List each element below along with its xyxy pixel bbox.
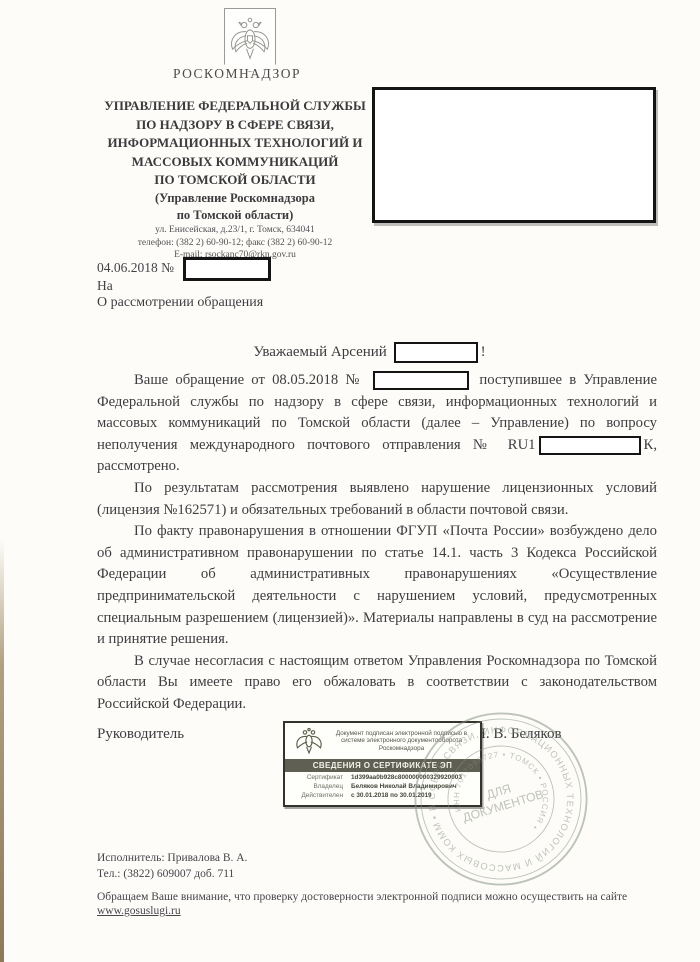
- appeal-number-redaction-box: [373, 371, 469, 390]
- gosuslugi-link[interactable]: www.gosuslugi.ru: [97, 905, 181, 917]
- e-signature-stamp: Документ подписан электронной подписью в…: [283, 721, 482, 807]
- agency-name: РОСКОМНАДЗОР: [137, 66, 337, 82]
- recipient-redaction-box: [372, 87, 656, 223]
- executor-name: Исполнитель: Привалова В. А.: [97, 850, 247, 866]
- letterhead-title: УПРАВЛЕНИЕ ФЕДЕРАЛЬНОЙ СЛУЖБЫ ПО НАДЗОРУ…: [70, 97, 400, 190]
- paragraph-1: Ваше обращение от 08.05.2018 № поступивш…: [97, 370, 657, 478]
- letterhead-address: ул. Енисейская, д.23/1, г. Томск, 634041: [70, 224, 400, 237]
- tracking-number-redaction-box: [539, 436, 641, 455]
- certificate-row: Сертификат 1d399aa0b928c8000000003299200…: [291, 774, 474, 783]
- paragraph-4: В случае несогласия с настоящим ответом …: [97, 651, 657, 716]
- stamp-center-line1: ДЛЯ: [485, 781, 513, 802]
- certificate-details: Сертификат 1d399aa0b928c8000000003299200…: [285, 772, 480, 800]
- executor-block: Исполнитель: Привалова В. А. Тел.: (3822…: [97, 850, 247, 882]
- date-number-line: 04.06.2018 №: [97, 260, 174, 276]
- letterhead-subtitle: (Управление Роскомнадзора по Томской обл…: [70, 190, 400, 224]
- certificate-row: Действителен с 30.01.2018 по 30.01.2019: [291, 792, 474, 801]
- signer-name: Н. В. Беляков: [475, 726, 562, 743]
- letter-body: Ваше обращение от 08.05.2018 № поступивш…: [97, 370, 657, 716]
- outgoing-number-redaction-box: [183, 257, 271, 281]
- scan-edge-artifact: [0, 540, 4, 962]
- signer-title: Руководитель: [97, 726, 184, 743]
- paragraph-3: По факту правонарушения в отношении ФГУП…: [97, 521, 657, 651]
- certificate-row: Владелец Беляков Николай Владимирович: [291, 783, 474, 792]
- roskomnadzor-eagle-icon: [285, 725, 329, 757]
- verification-note: Обращаем Ваше внимание, что проверку дос…: [97, 889, 657, 905]
- e-signature-stamp-header: Документ подписан электронной подписью в…: [285, 723, 480, 759]
- na-line: На: [97, 278, 113, 294]
- name-redaction-box: [394, 342, 478, 363]
- salutation: Уважаемый Арсений !: [97, 342, 642, 363]
- certificate-info-band: СВЕДЕНИЯ О СЕРТИФИКАТЕ ЭП: [285, 759, 480, 772]
- paragraph-2: По результатам рассмотрения выявлено нар…: [97, 478, 657, 521]
- executor-phone: Тел.: (3822) 609007 доб. 711: [97, 866, 247, 882]
- coat-of-arms-icon: [224, 8, 276, 72]
- letterhead-contacts: ул. Енисейская, д.23/1, г. Томск, 634041…: [70, 224, 400, 262]
- subject-line: О рассмотрении обращения: [97, 295, 263, 311]
- double-headed-eagle-icon: [225, 9, 275, 71]
- letterhead-phone: телефон: (382 2) 60-90-12; факс (382 2) …: [70, 237, 400, 250]
- e-signature-statement: Документ подписан электронной подписью в…: [329, 730, 480, 753]
